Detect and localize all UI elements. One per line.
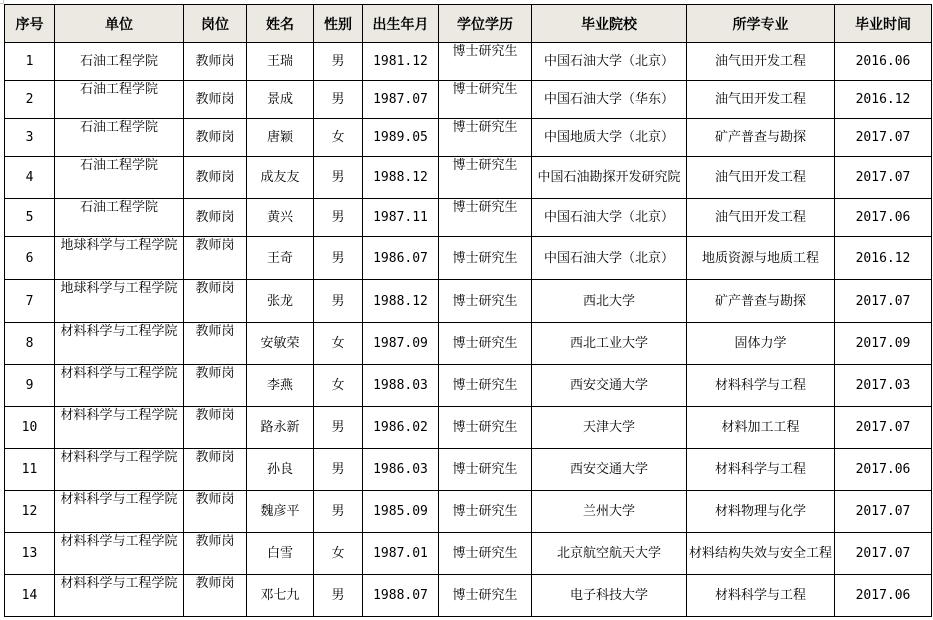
cell-name: 白雪 [247,533,314,575]
cell-birth: 1989.05 [363,119,439,157]
cell-school: 北京航空航天大学 [532,533,687,575]
cell-unit: 材料科学与工程学院 [55,491,184,533]
cell-post: 教师岗 [184,43,247,81]
header-row: 序号 单位 岗位 姓名 性别 出生年月 学位学历 毕业院校 所学专业 毕业时间 [5,5,932,43]
cell-gender: 男 [314,491,363,533]
cell-post: 教师岗 [184,280,247,323]
cell-name: 景成 [247,81,314,119]
table-row: 14 材料科学与工程学院 教师岗 邓七九 男 1988.07 博士研究生 电子科… [5,575,932,617]
cell-degree: 博士研究生 [439,365,532,407]
cell-birth: 1986.07 [363,237,439,280]
cell-birth: 1987.01 [363,533,439,575]
cell-name: 王瑞 [247,43,314,81]
header-school: 毕业院校 [532,5,687,43]
cell-school: 中国地质大学（北京） [532,119,687,157]
table-row: 13 材料科学与工程学院 教师岗 白雪 女 1987.01 博士研究生 北京航空… [5,533,932,575]
cell-post: 教师岗 [184,323,247,365]
cell-grad: 2017.06 [835,449,932,491]
cell-grad: 2017.07 [835,407,932,449]
cell-major: 地质资源与地质工程 [687,237,835,280]
cell-no: 8 [5,323,55,365]
cell-degree: 博士研究生 [439,237,532,280]
cell-no: 2 [5,81,55,119]
cell-grad: 2016.12 [835,237,932,280]
cell-post: 教师岗 [184,237,247,280]
cell-major: 材料科学与工程 [687,365,835,407]
table-row: 7 地球科学与工程学院 教师岗 张龙 男 1988.12 博士研究生 西北大学 … [5,280,932,323]
cell-major: 油气田开发工程 [687,43,835,81]
cell-unit: 石油工程学院 [55,157,184,199]
cell-unit: 地球科学与工程学院 [55,280,184,323]
cell-birth: 1988.03 [363,365,439,407]
cell-post: 教师岗 [184,407,247,449]
table-row: 3 石油工程学院 教师岗 唐颖 女 1989.05 博士研究生 中国地质大学（北… [5,119,932,157]
cell-school: 中国石油大学（北京） [532,237,687,280]
cell-degree: 博士研究生 [439,81,532,119]
cell-major: 矿产普查与勘探 [687,280,835,323]
table-row: 9 材料科学与工程学院 教师岗 李燕 女 1988.03 博士研究生 西安交通大… [5,365,932,407]
cell-no: 4 [5,157,55,199]
table-row: 12 材料科学与工程学院 教师岗 魏彦平 男 1985.09 博士研究生 兰州大… [5,491,932,533]
cell-unit: 材料科学与工程学院 [55,407,184,449]
cell-grad: 2017.09 [835,323,932,365]
header-gender: 性别 [314,5,363,43]
cell-birth: 1981.12 [363,43,439,81]
cell-no: 1 [5,43,55,81]
cell-name: 成友友 [247,157,314,199]
cell-name: 王奇 [247,237,314,280]
cell-grad: 2017.07 [835,491,932,533]
cell-major: 材料加工工程 [687,407,835,449]
cell-no: 13 [5,533,55,575]
cell-gender: 男 [314,199,363,237]
cell-major: 油气田开发工程 [687,81,835,119]
cell-major: 材料科学与工程 [687,575,835,617]
cell-unit: 石油工程学院 [55,199,184,237]
cell-birth: 1988.07 [363,575,439,617]
cell-grad: 2017.07 [835,157,932,199]
cell-unit: 石油工程学院 [55,81,184,119]
cell-birth: 1988.12 [363,280,439,323]
cell-post: 教师岗 [184,119,247,157]
table-row: 5 石油工程学院 教师岗 黄兴 男 1987.11 博士研究生 中国石油大学（北… [5,199,932,237]
cell-name: 黄兴 [247,199,314,237]
cell-name: 邓七九 [247,575,314,617]
cell-post: 教师岗 [184,533,247,575]
cell-grad: 2017.03 [835,365,932,407]
cell-no: 14 [5,575,55,617]
cell-school: 西北工业大学 [532,323,687,365]
cell-post: 教师岗 [184,575,247,617]
cell-major: 材料结构失效与安全工程 [687,533,835,575]
cell-degree: 博士研究生 [439,491,532,533]
cell-no: 12 [5,491,55,533]
cell-name: 唐颖 [247,119,314,157]
table-row: 1 石油工程学院 教师岗 王瑞 男 1981.12 博士研究生 中国石油大学（北… [5,43,932,81]
cell-degree: 博士研究生 [439,157,532,199]
cell-grad: 2017.07 [835,533,932,575]
cell-post: 教师岗 [184,81,247,119]
cell-unit: 材料科学与工程学院 [55,449,184,491]
cell-grad: 2017.06 [835,199,932,237]
cell-gender: 男 [314,449,363,491]
cell-major: 油气田开发工程 [687,199,835,237]
cell-no: 6 [5,237,55,280]
cell-grad: 2016.12 [835,81,932,119]
cell-no: 10 [5,407,55,449]
cell-school: 电子科技大学 [532,575,687,617]
cell-grad: 2016.06 [835,43,932,81]
table-row: 8 材料科学与工程学院 教师岗 安敏荣 女 1987.09 博士研究生 西北工业… [5,323,932,365]
cell-degree: 博士研究生 [439,280,532,323]
table-row: 4 石油工程学院 教师岗 成友友 男 1988.12 博士研究生 中国石油勘探开… [5,157,932,199]
header-grad: 毕业时间 [835,5,932,43]
cell-birth: 1988.12 [363,157,439,199]
cell-birth: 1986.03 [363,449,439,491]
cell-birth: 1985.09 [363,491,439,533]
cell-degree: 博士研究生 [439,323,532,365]
cell-post: 教师岗 [184,491,247,533]
cell-unit: 材料科学与工程学院 [55,533,184,575]
cell-unit: 地球科学与工程学院 [55,237,184,280]
cell-no: 9 [5,365,55,407]
cell-grad: 2017.07 [835,280,932,323]
cell-gender: 男 [314,157,363,199]
cell-gender: 女 [314,119,363,157]
cell-school: 中国石油大学（北京） [532,199,687,237]
cell-gender: 男 [314,407,363,449]
cell-gender: 男 [314,575,363,617]
cell-gender: 女 [314,533,363,575]
cell-gender: 男 [314,81,363,119]
cell-post: 教师岗 [184,365,247,407]
cell-no: 7 [5,280,55,323]
cell-birth: 1987.07 [363,81,439,119]
recruitment-table: 序号 单位 岗位 姓名 性别 出生年月 学位学历 毕业院校 所学专业 毕业时间 … [4,4,932,617]
cell-major: 油气田开发工程 [687,157,835,199]
cell-unit: 材料科学与工程学院 [55,323,184,365]
cell-name: 孙良 [247,449,314,491]
header-no: 序号 [5,5,55,43]
cell-no: 11 [5,449,55,491]
cell-birth: 1987.11 [363,199,439,237]
cell-degree: 博士研究生 [439,199,532,237]
cell-degree: 博士研究生 [439,449,532,491]
cell-birth: 1986.02 [363,407,439,449]
cell-degree: 博士研究生 [439,119,532,157]
cell-post: 教师岗 [184,199,247,237]
header-degree: 学位学历 [439,5,532,43]
header-post: 岗位 [184,5,247,43]
cell-name: 李燕 [247,365,314,407]
cell-no: 3 [5,119,55,157]
cell-grad: 2017.07 [835,119,932,157]
cell-major: 材料物理与化学 [687,491,835,533]
cell-school: 中国石油大学（华东） [532,81,687,119]
cell-gender: 男 [314,237,363,280]
cell-school: 西安交通大学 [532,365,687,407]
table-row: 11 材料科学与工程学院 教师岗 孙良 男 1986.03 博士研究生 西安交通… [5,449,932,491]
header-unit: 单位 [55,5,184,43]
cell-school: 西安交通大学 [532,449,687,491]
cell-name: 张龙 [247,280,314,323]
cell-school: 西北大学 [532,280,687,323]
cell-gender: 男 [314,43,363,81]
cell-post: 教师岗 [184,157,247,199]
cell-post: 教师岗 [184,449,247,491]
cell-unit: 材料科学与工程学院 [55,575,184,617]
table-row: 6 地球科学与工程学院 教师岗 王奇 男 1986.07 博士研究生 中国石油大… [5,237,932,280]
cell-school: 天津大学 [532,407,687,449]
cell-birth: 1987.09 [363,323,439,365]
cell-gender: 女 [314,323,363,365]
cell-major: 矿产普查与勘探 [687,119,835,157]
cell-degree: 博士研究生 [439,575,532,617]
cell-major: 材料科学与工程 [687,449,835,491]
header-name: 姓名 [247,5,314,43]
header-major: 所学专业 [687,5,835,43]
cell-gender: 男 [314,280,363,323]
cell-school: 兰州大学 [532,491,687,533]
cell-gender: 女 [314,365,363,407]
cell-unit: 材料科学与工程学院 [55,365,184,407]
cell-name: 魏彦平 [247,491,314,533]
cell-degree: 博士研究生 [439,43,532,81]
cell-school: 中国石油勘探开发研究院 [532,157,687,199]
cell-unit: 石油工程学院 [55,43,184,81]
table-row: 10 材料科学与工程学院 教师岗 路永新 男 1986.02 博士研究生 天津大… [5,407,932,449]
cell-no: 5 [5,199,55,237]
table-row: 2 石油工程学院 教师岗 景成 男 1987.07 博士研究生 中国石油大学（华… [5,81,932,119]
cell-degree: 博士研究生 [439,407,532,449]
cell-name: 安敏荣 [247,323,314,365]
cell-name: 路永新 [247,407,314,449]
cell-unit: 石油工程学院 [55,119,184,157]
header-birth: 出生年月 [363,5,439,43]
cell-major: 固体力学 [687,323,835,365]
cell-grad: 2017.06 [835,575,932,617]
cell-degree: 博士研究生 [439,533,532,575]
cell-school: 中国石油大学（北京） [532,43,687,81]
